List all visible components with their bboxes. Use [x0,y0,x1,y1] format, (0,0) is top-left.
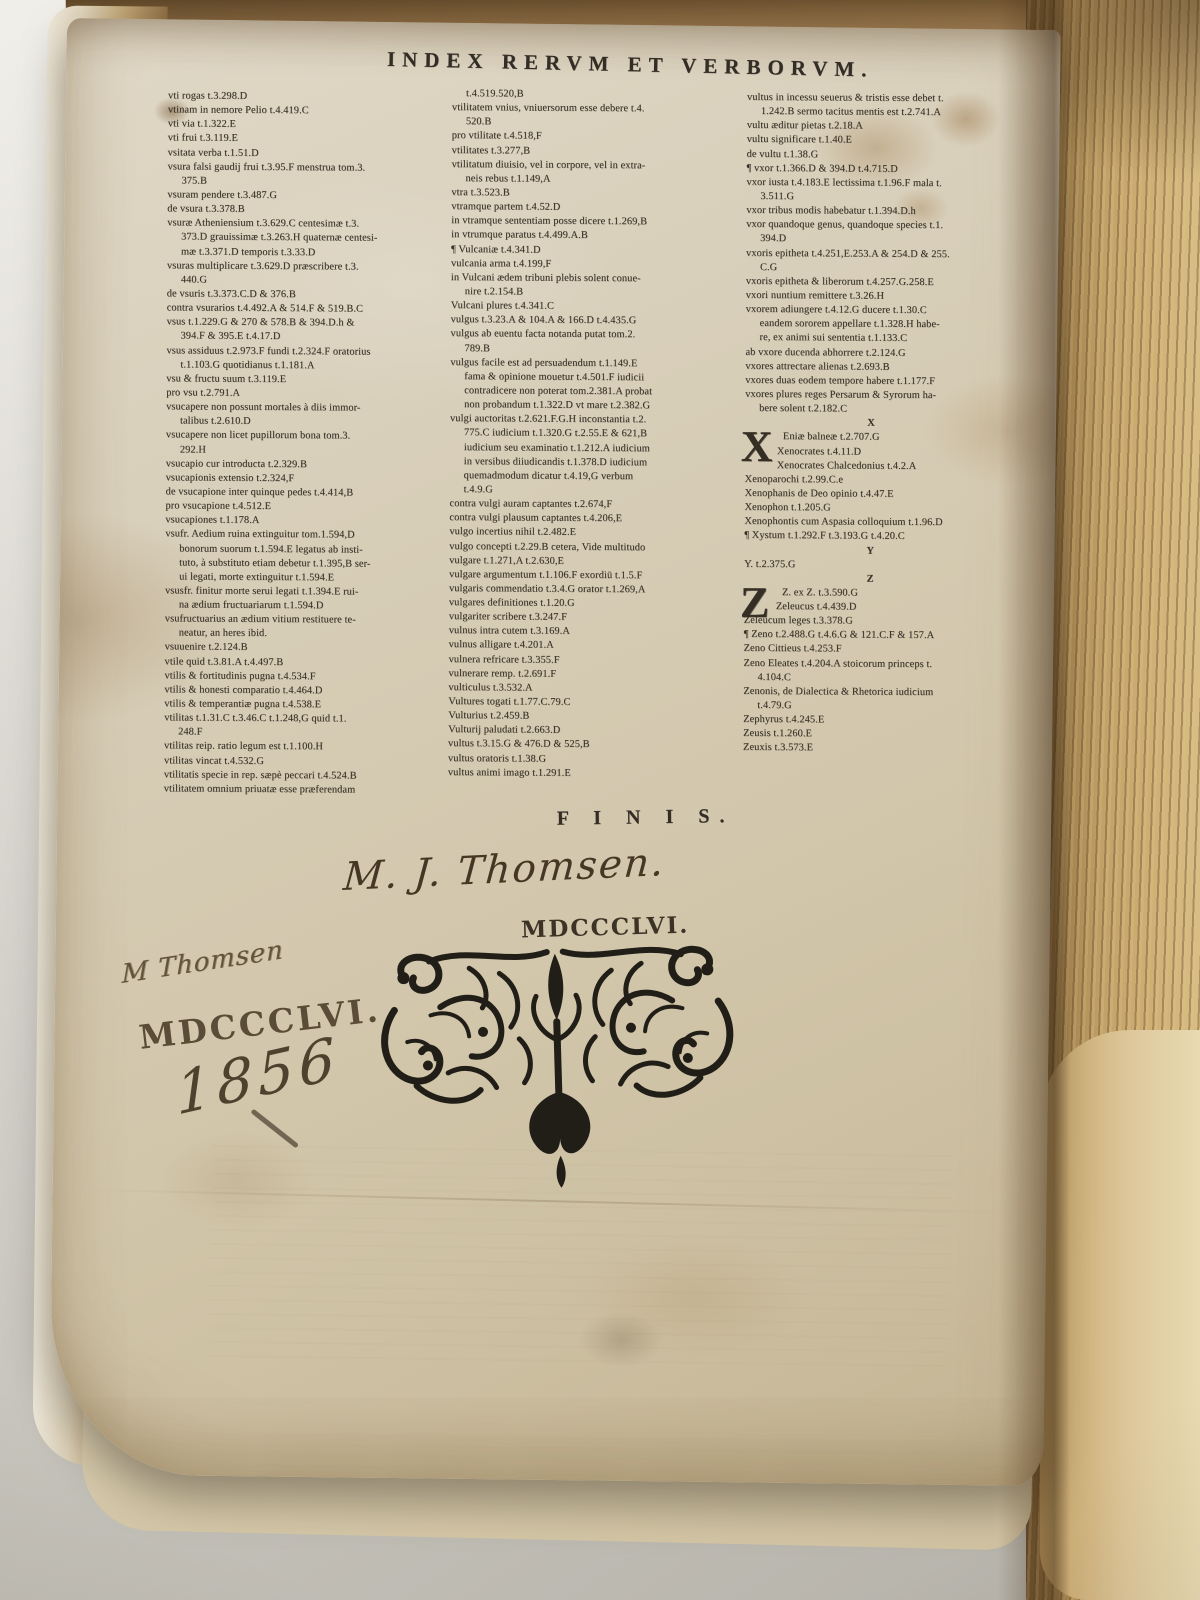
index-line-text: vsu & fructu suum t.3.119.E [166,373,286,385]
index-line-text: contra vsurarios t.4.492.A & 514.F & 519… [167,302,363,314]
index-line-text: vultus oratoris t.1.38.G [448,753,546,765]
index-line-text: vtile quid t.3.81.A t.4.497.B [165,656,284,668]
index-line-text: Y. t.2.375.G [744,559,795,570]
index-line-text: Zeleucum leges t.3.378.G [744,615,853,627]
index-line-text: in vtramque sententiam posse dicere t.1.… [451,215,647,227]
index-line-text: pro vsu t.2.791.A [166,387,240,398]
index-line-text: contra vulgi auram captantes t.2.674,F [449,498,612,510]
index-line-text: vtramque partem t.4.52.D [451,201,560,213]
index-column-right: vultus in incessu seuerus & tristis esse… [743,91,1049,757]
index-line-text: Zeno Eleates t.4.204.A stoicorum princep… [744,658,933,670]
index-line-text: vxor quandoque genus, quandoque species … [746,219,943,231]
index-line-text: 394.F & 395.E t.4.17.D [181,331,281,343]
index-line-text: vti frui t.3.119.E [168,133,238,144]
index-line-text: vtra t.3.523.B [451,187,509,198]
index-line-text: Z. ex Z. t.3.590.G [782,586,858,601]
index-line-text: ui legati, morte extinguitur t.1.594.E [179,571,334,583]
index-line-text: vulnus alligare t.4.201.A [449,640,554,652]
index-line-text: t.1.103.G quotidianus t.1.181.A [180,359,314,371]
index-line-text: vsuræ Atheniensium t.3.629.C centesimæ t… [167,218,359,230]
index-line-text: 292.H [180,444,206,455]
index-line-text: vsufr. Aedium ruina extinguitur tom.1.59… [165,529,354,541]
index-line-text: t.4.79.G [757,700,792,711]
index-line-text: Zenonis, de Dialectica & Rhetorica iudic… [743,686,933,698]
index-line-text: vsura falsi gaudij frui t.3.95.F menstru… [168,161,366,173]
index-line-text: in versibus diiudicandis t.1.378.D iudic… [464,456,647,468]
index-line-text: vulticulus t.3.532.A [448,682,532,694]
index-line-text: t.4.9.G [464,484,493,495]
index-line-text: in Vulcani ædem tribuni plebis solent co… [451,272,641,284]
index-line-text: 440.G [181,274,207,285]
index-line-text: vxoris epitheta & liberorum t.4.257.G.25… [746,276,934,288]
index-line-text: Xenocrates t.4.11.D [777,446,861,458]
index-line-text: pro vsucapione t.4.512.E [165,500,271,512]
index-line-text: eandem sororem appellare t.1.328.H habe- [760,318,940,330]
index-line-text: ¶ vxor t.1.366.D & 394.D t.4.715.D [747,163,898,175]
index-line-text: vultus t.3.15.G & 476.D & 525,B [448,739,590,751]
index-column-center: t.4.519.520,Bvtilitatem vnius, vniuersor… [448,87,754,782]
index-line-text: 373.D grauissimæ t.3.263.H quaternæ cent… [181,232,377,244]
index-line-text: vsitata verba t.1.51.D [168,147,259,159]
index-line-text: in vtrumque paratus t.4.499.A.B [451,229,588,241]
index-line-text: vsuras multiplicare t.3.629.D præscriber… [167,260,359,272]
index-line-text: vxores attrectare alienas t.2.693.B [745,361,889,373]
index-line-text: non probandum t.1.322.D vt mare t.2.382.… [464,399,650,411]
index-line-text: Xenoparochi t.2.99.C.e [745,474,844,486]
index-line-text: Vultures togati t.1.77.C.79.C [448,696,570,708]
index-line-text: vtilitas t.1.31.C t.3.46.C t.1.248,G qui… [164,713,346,725]
index-line-text: de vsucapione inter quinque pedes t.4.41… [166,486,354,498]
index-line-text: vulgus facile est ad persuadendum t.1.14… [450,357,637,369]
index-line-text: Eniæ balneæ t.2.707.G [783,430,880,445]
index-line-text: vxori nuntium remittere t.3.26.H [746,290,884,302]
index-line-text: vultus in incessu seuerus & tristis esse… [747,92,944,104]
index-line-text: 1.242.B sermo tacitus mentis est t.2.741… [761,106,941,118]
index-line-text: vultu significare t.1.40.E [747,134,852,146]
index-line-text: vtilitatum diuisio, vel in corpore, vel … [452,159,646,171]
index-line-text: vtilitas reip. ratio legum est t.1.100.H [164,741,323,753]
index-line-text: contradicere non poterat tom.2.381.A pro… [464,385,652,397]
index-line-text: nire t.2.154.B [465,286,523,297]
index-line-text: Y [866,545,874,556]
index-line-text: 375.B [181,175,207,186]
index-line-text: fama & opinione mouetur t.4.501.F iudici… [464,371,644,383]
index-line-text: neatur, an heres ibid. [179,628,267,640]
index-line-text: vsucapere non licet pupillorum bona tom.… [166,430,350,442]
index-line-text: vulgo concepti t.2.29.B cetera, Vide mul… [449,541,645,553]
index-line-text: vulnera refricare t.3.355.F [449,654,560,666]
index-line-text: 248.F [178,727,202,738]
index-line-text: vsusfr. finitur morte serui legati t.1.3… [165,585,359,597]
index-line-text: vulcania arma t.4.199,F [451,258,551,270]
index-line-text: tuto, à substituto etiam debetur t.1.395… [179,557,370,569]
index-line-text: vtinam in nemore Pelio t.4.419.C [168,105,309,117]
index-line-text: vsucapio cur introducta t.2.329.B [166,458,307,470]
index-line-text: vxor iusta t.4.183.E lectissima t.1.96.F… [746,177,941,189]
index-line-text: vti rogas t.3.298.D [168,90,247,101]
index-line-text: vulgare argumentum t.1.106.F exordiū t.1… [449,569,642,581]
index-column-left: vti rogas t.3.298.Dvtinam in nemore Peli… [164,89,470,798]
index-line-text: vulnus intra cutem t.3.169.A [449,625,570,637]
index-line-text: Xenophontis cum Aspasia colloquium t.1.9… [744,516,942,528]
page-title: INDEX RERVM ET VERBORVM. [330,46,930,84]
index-line-text: vtilis & fortitudinis pugna t.4.534.F [164,670,315,682]
index-line-text: vsus assiduus t.2.973.F fundi t.2.324.F … [166,345,370,357]
index-line-text: Z [867,573,874,584]
index-line-text: quemadmodum dicatur t.4.19,G verbum [464,470,634,482]
index-line-text: vtilitates t.3.277,B [452,145,531,156]
index-line-text: 789.B [464,343,490,354]
ink-scratch-mark [250,1109,299,1149]
index-line-text: 775.C iudicium t.1.320.G t.2.55.E & 621,… [464,428,647,440]
index-line-text: vulgares definitiones t.1.20.G [449,597,575,609]
index-line-text: mæ t.3.371.D temporis t.3.33.D [181,246,315,258]
index-line-text: de vsura t.3.378.B [167,203,244,214]
index-line-text: vtilitatem vnius, vniuersorum esse deber… [452,102,645,114]
index-line: vultus animi imago t.1.291.E [448,766,750,782]
index-line-text: vultus animi imago t.1.291.E [448,767,571,779]
woodcut-tailpiece-ornament [369,936,748,1199]
index-line: vtilitatem omnium priuatæ esse præferend… [164,782,466,798]
index-line-text: Xenophon t.1.205.G [744,502,830,514]
index-line-text: vsufructuarius an ædium vitium restituer… [165,614,356,626]
index-line-text: vulgo incertius nihil t.2.482.E [449,526,576,538]
index-line-text: vti via t.1.322.E [168,119,236,130]
index-line-text: vsucapere non possunt mortales à diis im… [166,401,360,413]
index-line-text: ab vxore ducenda abhorrere t.2.124.G [745,346,905,358]
index-line-text: vsucapionis extensio t.2.324,F [166,472,295,484]
index-line-text: bere solent t.2.182.C [759,403,847,415]
index-line-text: vtilis & honesti comparatio t.4.464.D [164,684,322,696]
index-line-text: Zeno Cittieus t.4.253.F [744,643,842,655]
index-line-text: Zeusis t.1.260.E [743,728,812,739]
margin-signature: M Thomsen [121,935,283,990]
index-line-text: Zeleucus t.4.439.D [776,601,857,612]
index-line-text: de vultu t.1.38.G [747,148,819,159]
index-line-text: vulgare t.1.271,A t.2.630,E [449,555,564,567]
index-line-text: vulgus t.3.23.A & 104.A & 166.D t.4.435.… [451,314,637,326]
index-line-text: vulgus ab euentu facta notanda putat tom… [451,328,636,340]
index-line-text: pro vtilitate t.4.518,F [452,131,542,143]
index-line-text: 3.511.G [760,191,794,202]
index-line-text: neis rebus t.1.149,A [465,173,550,185]
index-line-text: Vulturij paludati t.2.663.D [448,724,560,736]
index-line-text: Xenophanis de Deo opinio t.4.47.E [745,488,894,500]
index-line-text: Zephyrus t.4.245.E [743,714,824,725]
index-line-text: vtilitatis specie in rep. sæpè peccari t… [164,769,357,781]
index-line-text: vxores duas eodem tempore habere t.1.177… [745,375,935,387]
index-line-text: ¶ Zeno t.2.488.G t.4.6.G & 121.C.F & 157… [744,629,935,641]
index-line-text: vulgaris commendatio t.3.4.G orator t.1.… [449,583,646,595]
index-line-text: vxores plures reges Persarum & Syrorum h… [745,389,936,401]
index-line-text: ¶ Vulcaniæ t.4.341.D [451,244,541,256]
printed-content: INDEX RERVM ET VERBORVM. vti rogas t.3.2… [0,0,1200,1600]
index-line-text: contra vulgi plausum captantes t.4.206,E [449,512,622,524]
index-line-text: vsucapiones t.1.178.A [165,515,259,527]
index-line-text: Vulturius t.2.459.B [448,710,529,721]
index-line: Zeuxis t.3.573.E [743,741,1045,757]
index-line-text: vtilitas vincat t.4.532.G [164,755,264,767]
index-line-text: vtilitatem omnium priuatæ esse præferend… [164,783,356,795]
index-line-text: vsuram pendere t.3.487.G [167,189,277,201]
owner-signature: M. J. Thomsen. [342,840,667,900]
index-line-text: vxor tribus modis habebatur t.1.394.D.h [746,205,915,217]
index-line-text: vtilis & temperantiæ pugna t.4.538.E [164,698,321,710]
index-line-text: ¶ Xystum t.1.292.F t.3.193.G t.4.20.C [744,530,905,542]
index-line-text: vulgi auctoritas t.2.621.F.G.H inconstan… [450,413,646,425]
finis-colophon: F I N I S. [515,804,775,831]
index-line-text: na ædium fructuariarum t.1.594.D [179,599,324,611]
index-line-text: talibus t.2.610.D [180,416,251,427]
index-line-text: iudicium seu examinatio t.1.212.A iudici… [464,442,650,454]
index-line-text: vultu æditur pietas t.2.18.A [747,120,863,132]
index-line-text: 520.B [466,116,492,127]
index-line-text: vxorem adiungere t.4.12.G ducere t.1.30.… [746,304,927,316]
index-line-text: 394.D [760,233,786,244]
index-line-text: Vulcani plures t.4.341.C [451,300,554,312]
index-line-text: re, ex animi sui sententia t.1.133.C [760,332,908,344]
antique-book-photo: INDEX RERVM ET VERBORVM. vti rogas t.3.2… [0,0,1200,1600]
index-line-text: vsus t.1.229.G & 270 & 578.B & 394.D.h & [167,317,355,329]
index-line-text: bonorum suorum t.1.594.E legatus ab inst… [179,543,363,555]
index-line-text: vsuuenire t.2.124.B [165,642,248,654]
index-line-text: t.4.519.520,B [466,88,524,99]
index-line-text: Zeuxis t.3.573.E [743,742,813,753]
index-line-text: X [867,418,875,429]
index-line-text: vulnerare remp. t.2.691.F [448,668,556,680]
index-line-text: de vsuris t.3.373.C.D & 376.B [167,288,296,300]
index-line-text: vxoris epitheta t.4.251,E.253.A & 254.D … [746,247,950,259]
index-line-text: 4.104.C [757,672,791,683]
index-line-text: C.G [760,262,777,273]
index-line-text: Xenocrates Chalcedonius t.4.2.A [777,460,917,472]
index-line-text: vulgariter scribere t.3.247.F [449,611,567,623]
